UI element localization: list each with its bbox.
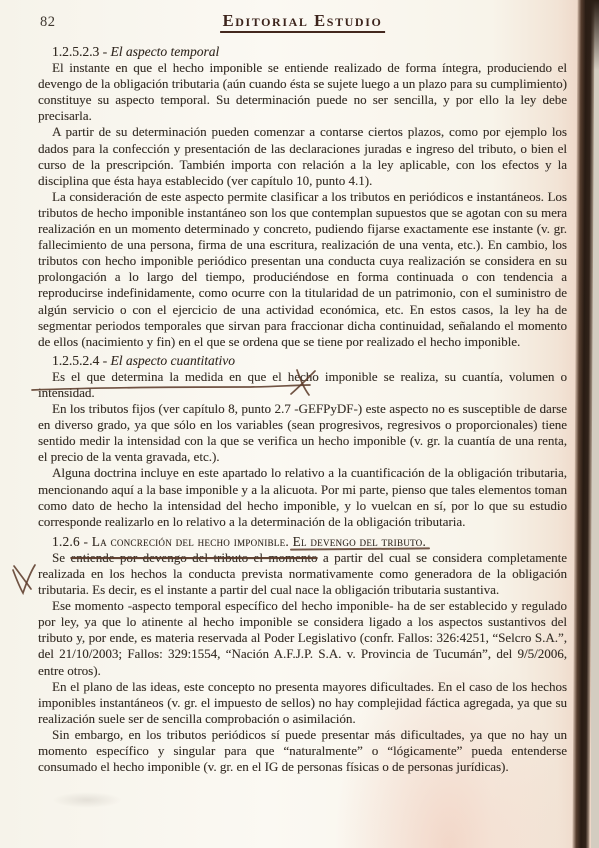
- heading-title: El aspecto temporal: [111, 44, 220, 59]
- scan-smudge: [52, 792, 122, 808]
- paragraph-text: Se: [52, 550, 70, 565]
- body-paragraph: Se entiende por devengo del tributo el m…: [38, 550, 567, 598]
- section-heading: 1.2.5.2.3 - El aspecto temporal: [52, 44, 567, 60]
- body-paragraph: Sin embargo, en los tributos periódicos …: [38, 727, 567, 775]
- body-paragraph: A partir de su determinación pueden come…: [38, 124, 567, 188]
- page-number: 82: [40, 14, 56, 31]
- heading-title: La concreción del hecho imponible.: [92, 534, 293, 549]
- book-edge-corner: [585, 0, 599, 70]
- body-paragraph: En los tributos fijos (ver capítulo 8, p…: [38, 401, 567, 465]
- page-body: 1.2.5.2.3 - El aspecto temporalEl instan…: [38, 41, 567, 775]
- section-heading: 1.2.6 - La concreción del hecho imponibl…: [52, 534, 567, 550]
- section-heading: 1.2.5.2.4 - El aspecto cuantitativo: [52, 353, 567, 369]
- body-paragraph: Es el que determina la medida en que el …: [38, 369, 567, 401]
- heading-number: 1.2.5.2.4 -: [52, 353, 111, 368]
- heading-title: El aspecto cuantitativo: [111, 353, 235, 368]
- body-paragraph: Ese momento -aspecto temporal específico…: [38, 598, 567, 678]
- heading-number: 1.2.6 -: [52, 534, 92, 549]
- body-paragraph: En el plano de las ideas, este concepto …: [38, 679, 567, 727]
- pen-struck-text: entiende por devengo del tributo el mome…: [70, 550, 317, 565]
- body-paragraph: La consideración de este aspecto permite…: [38, 189, 567, 350]
- body-paragraph: Alguna doctrina incluye en este apartado…: [38, 465, 567, 529]
- heading-number: 1.2.5.2.3 -: [52, 44, 111, 59]
- body-paragraph: El instante en que el hecho imponible se…: [38, 60, 567, 124]
- heading-title-pen-underlined: El devengo del tributo.: [293, 534, 426, 550]
- page-header: 82 Editorial Estudio: [38, 11, 567, 37]
- running-title: Editorial Estudio: [220, 11, 386, 33]
